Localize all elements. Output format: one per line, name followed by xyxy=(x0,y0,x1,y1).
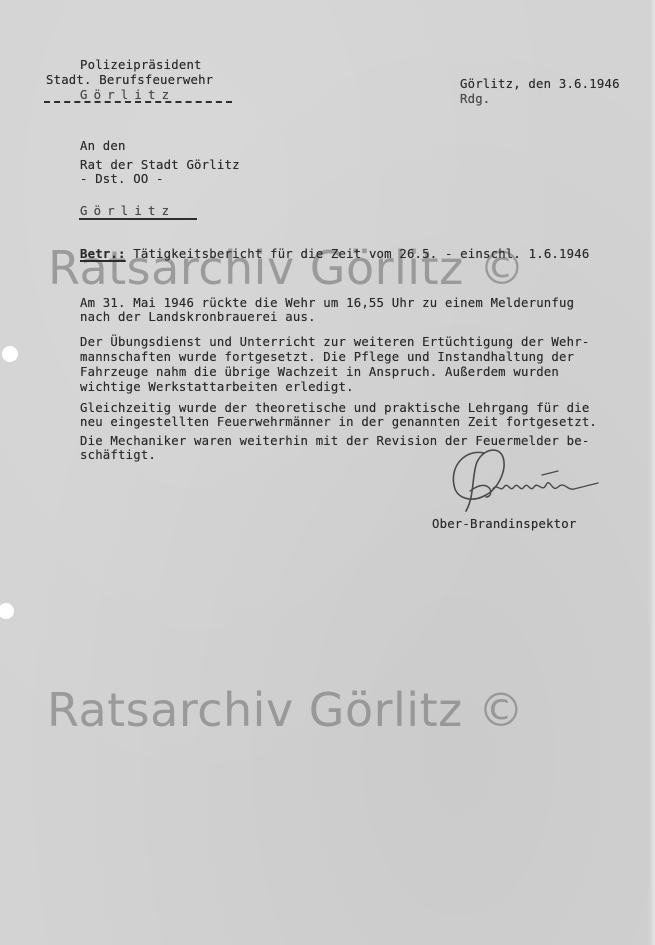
punch-hole-lower xyxy=(0,603,14,619)
paragraph-2-line-2: mannschaften wurde fortgesetzt. Die Pfle… xyxy=(80,349,574,365)
subject-text: Tätigkeitsbericht für die Zeit vom 26.5.… xyxy=(133,247,589,261)
paragraph-3-line-2: neu eingestellten Feuerwehrmänner in der… xyxy=(80,414,597,430)
sender-line-2: Stadt. Berufsfeuerwehr xyxy=(46,72,213,88)
reference-mark: Rdg. xyxy=(460,91,490,107)
recipient-salutation: An den xyxy=(80,138,126,154)
paragraph-2-line-1: Der Übungsdienst und Unterricht zur weit… xyxy=(80,334,589,350)
paragraph-2-line-4: wichtige Werkstattarbeiten erledigt. xyxy=(80,379,354,395)
subject-line: Betr.: Tätigkeitsbericht für die Zeit vo… xyxy=(80,246,589,262)
punch-hole-upper xyxy=(2,346,18,362)
recipient-city-underline xyxy=(79,218,197,220)
recipient-department: - Dst. OO - xyxy=(80,171,164,187)
sender-underline xyxy=(44,101,232,103)
paragraph-4-line-2: schäftigt. xyxy=(80,447,156,463)
signature-title: Ober-Brandinspektor xyxy=(432,516,576,532)
recipient-city: Görlitz xyxy=(80,203,175,219)
date-line: Görlitz, den 3.6.1946 xyxy=(460,76,620,92)
paragraph-2-line-3: Fahrzeuge nahm die übrige Wachzeit in An… xyxy=(80,364,559,380)
paragraph-1-line-2: nach der Landskronbrauerei aus. xyxy=(80,309,316,325)
sender-line-1: Polizeipräsident xyxy=(80,57,202,73)
scanned-letter-page: Polizeipräsident Stadt. Berufsfeuerwehr … xyxy=(0,0,655,945)
watermark-bottom: Ratsarchiv Görlitz © xyxy=(47,682,524,738)
handwritten-signature-icon xyxy=(446,447,606,519)
subject-label: Betr.: xyxy=(80,247,126,261)
